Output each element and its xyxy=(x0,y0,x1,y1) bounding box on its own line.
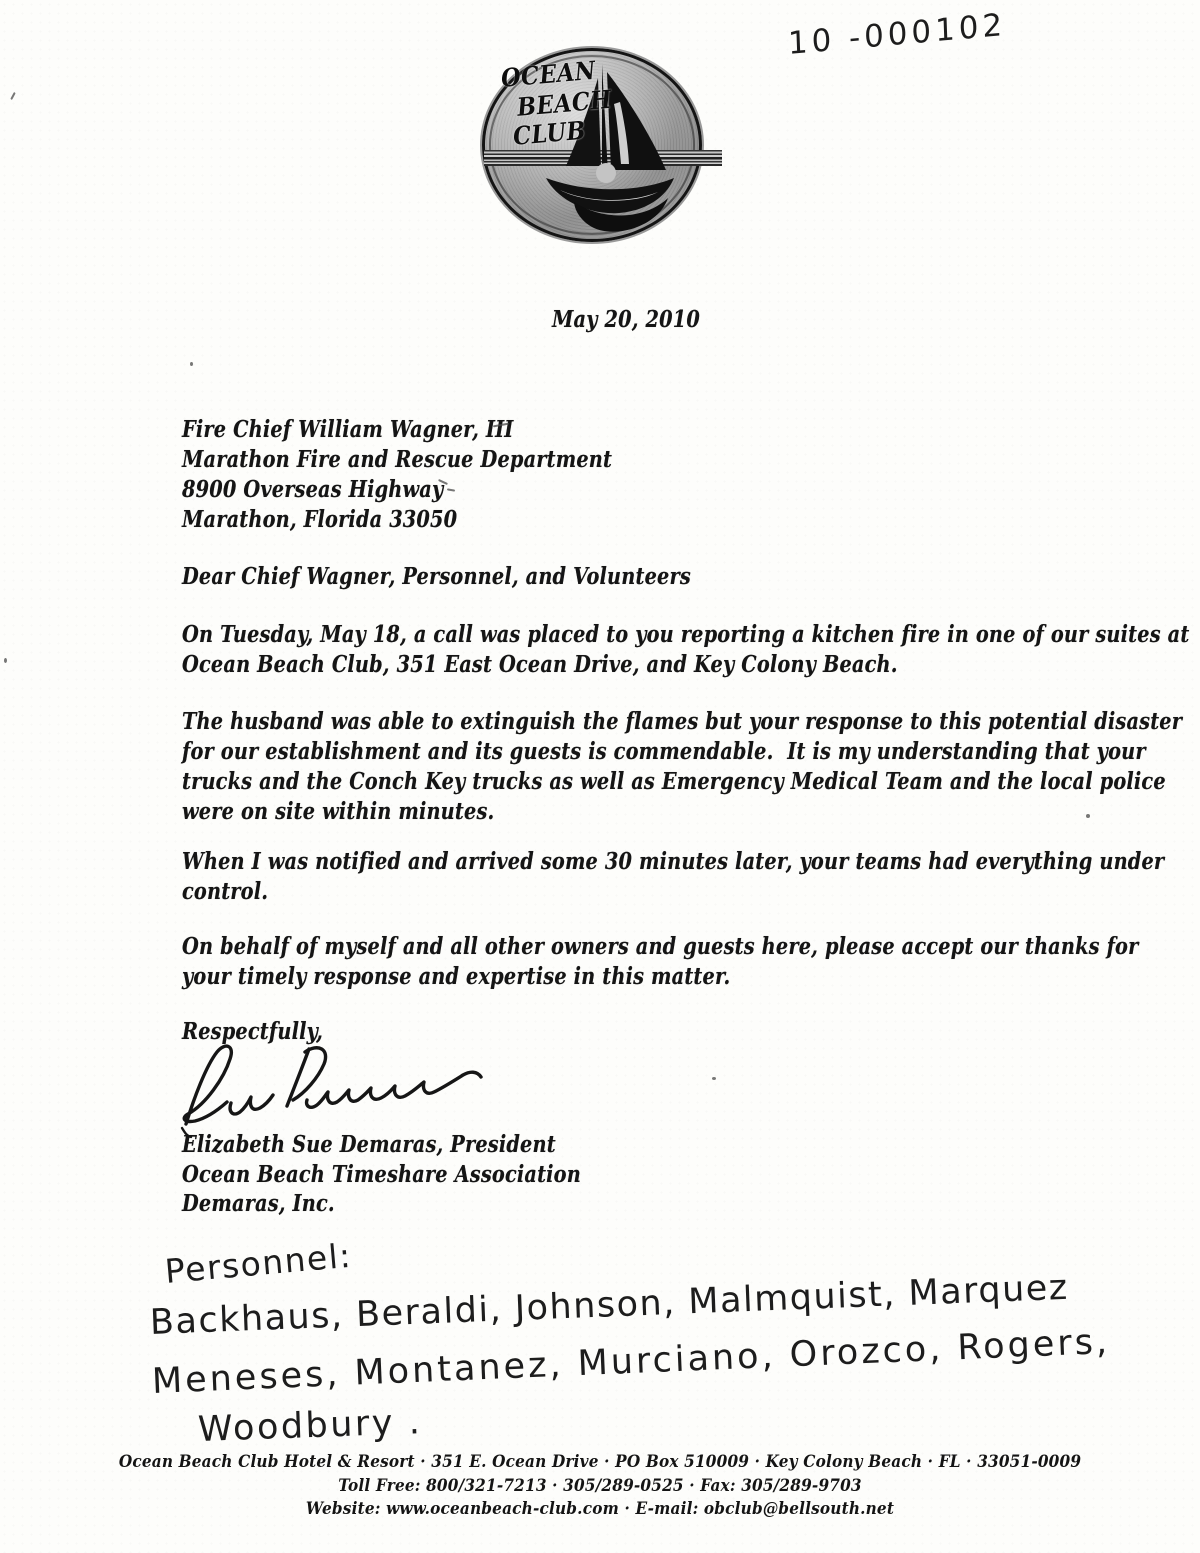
letter-date: May 20, 2010 xyxy=(552,308,700,331)
body-line: Ocean Beach Club, 351 East Ocean Drive, … xyxy=(182,653,898,676)
signature-handwriting xyxy=(172,1040,502,1140)
note-line-handwritten: Woodbury . xyxy=(197,1402,423,1450)
recipient-line: Fire Chief William Wagner, III xyxy=(182,418,514,441)
scan-artifact xyxy=(4,658,7,663)
recipient-line: Marathon, Florida 33050 xyxy=(182,508,457,531)
signature-block-line: Demaras, Inc. xyxy=(182,1192,335,1215)
signature-block-line: Elizabeth Sue Demaras, President xyxy=(182,1133,556,1156)
body-line: your timely response and expertise in th… xyxy=(182,965,730,988)
scan-artifact xyxy=(1086,814,1090,818)
scan-artifact xyxy=(190,362,193,366)
case-number-handwritten: 10 -000102 xyxy=(787,7,1006,62)
logo-word-club: CLUB xyxy=(512,118,587,149)
footer-web-email: Website: www.oceanbeach-club.com · E-mai… xyxy=(60,1499,1140,1519)
body-line: trucks and the Conch Key trucks as well … xyxy=(182,770,1166,793)
scanned-letter-page: 10 -000102 OCEAN BEACH CLUB May 20, 2010… xyxy=(0,0,1200,1553)
note-heading-handwritten: Personnel: xyxy=(163,1236,353,1291)
body-line: On behalf of myself and all other owners… xyxy=(182,935,1138,958)
body-line: When I was notified and arrived some 30 … xyxy=(182,850,1164,873)
body-line: for our establishment and its guests is … xyxy=(182,740,1146,763)
body-line: control. xyxy=(182,880,268,903)
recipient-line: 8900 Overseas Highway xyxy=(182,478,443,501)
footer-address: Ocean Beach Club Hotel & Resort · 351 E.… xyxy=(60,1452,1140,1472)
scan-artifact xyxy=(447,488,455,491)
footer-phone: Toll Free: 800/321-7213 · 305/289-0525 ·… xyxy=(60,1476,1140,1496)
body-line: were on site within minutes. xyxy=(182,800,494,823)
signature-block-line: Ocean Beach Timeshare Association xyxy=(182,1163,581,1186)
ocean-beach-club-logo: OCEAN BEACH CLUB xyxy=(470,40,740,250)
body-line: The husband was able to extinguish the f… xyxy=(182,710,1182,733)
body-line: On Tuesday, May 18, a call was placed to… xyxy=(182,623,1189,646)
scan-artifact xyxy=(712,1077,716,1080)
scan-artifact xyxy=(10,92,16,100)
recipient-line: Marathon Fire and Rescue Department xyxy=(182,448,612,471)
salutation: Dear Chief Wagner, Personnel, and Volunt… xyxy=(182,565,691,588)
